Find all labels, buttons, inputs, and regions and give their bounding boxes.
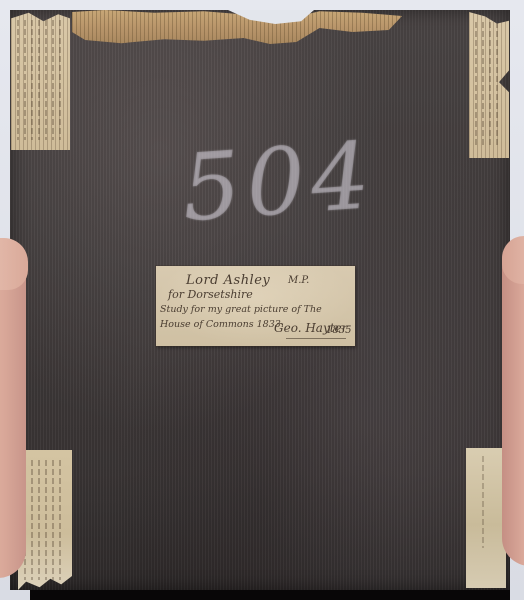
label-year: 1835 [326, 325, 351, 336]
label-constituency: for Dorsetshire [168, 288, 253, 301]
newspaper-fragment-top-left [11, 10, 70, 150]
left-hand [0, 238, 26, 578]
label-description-line2: House of Commons 1833. [160, 319, 284, 330]
photo-scene: 504 Lord Ashley M.P. for Dorsetshire Stu… [0, 0, 524, 600]
right-hand [502, 236, 524, 566]
label-description-line1: Study for my great picture of The [160, 304, 322, 315]
chalk-inventory-number: 504 [178, 122, 365, 244]
newsprint-text-lines [24, 460, 66, 580]
handwritten-label: Lord Ashley M.P. for Dorsetshire Study f… [156, 266, 355, 346]
newspaper-fragment-bottom-right [466, 448, 506, 588]
label-title-suffix: M.P. [288, 275, 309, 286]
newspaper-fragment-bottom-left [18, 450, 72, 590]
newsprint-text-lines [482, 456, 488, 548]
newsprint-text-lines [475, 22, 503, 148]
signature-underline [286, 338, 346, 339]
label-sitter-name: Lord Ashley [186, 273, 270, 288]
newsprint-text-lines [17, 20, 64, 140]
